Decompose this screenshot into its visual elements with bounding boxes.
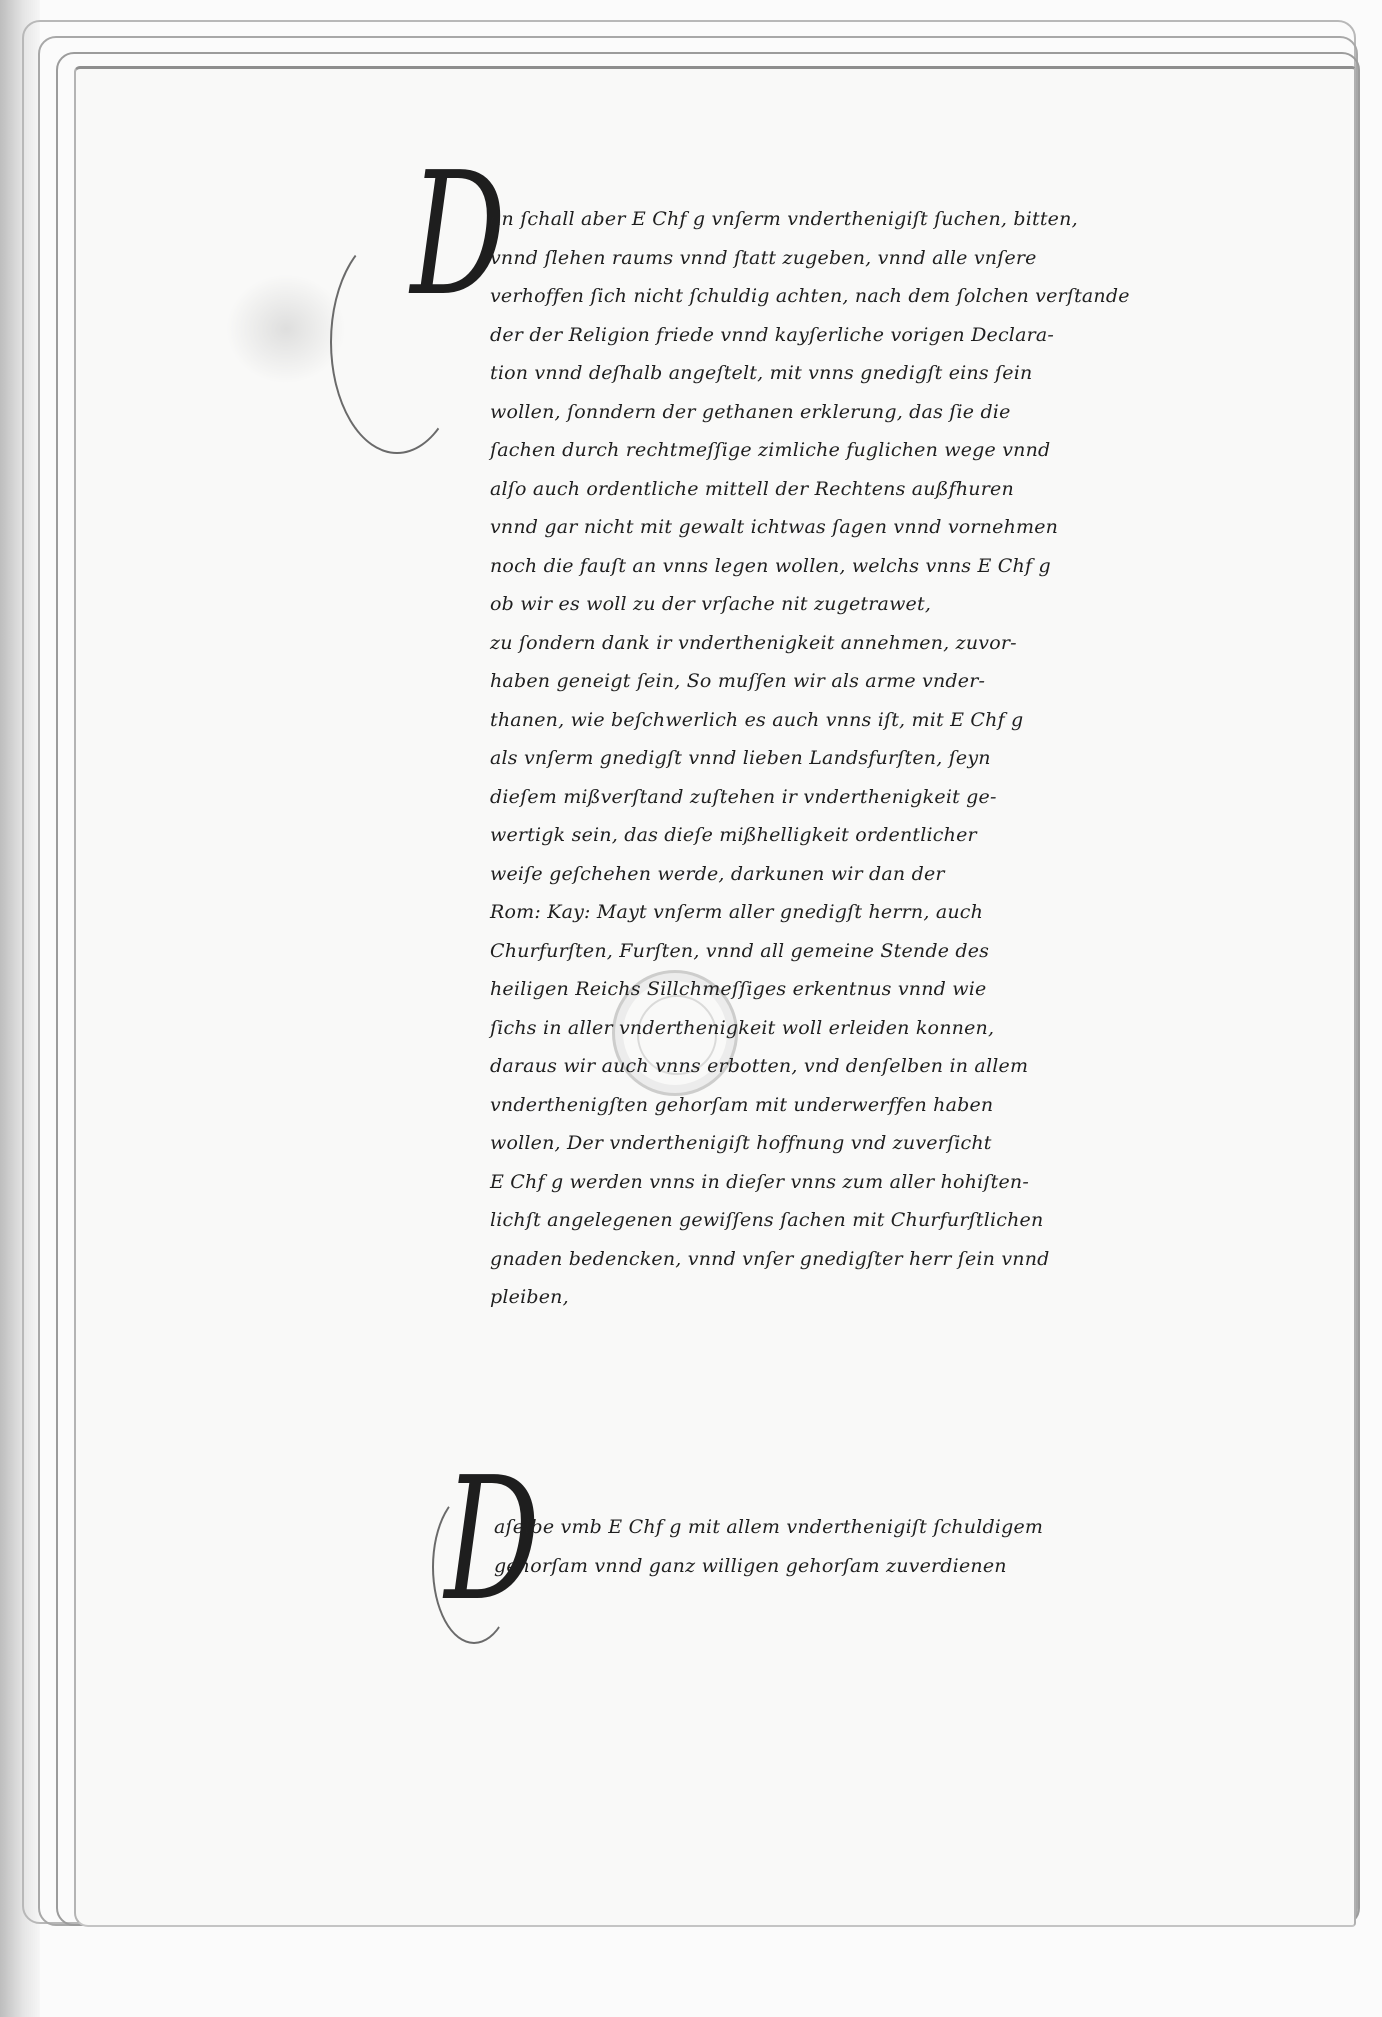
manuscript-line: weiſe geſchehen werde, darkunen wir dan … [490, 855, 1350, 894]
paragraph-1: an ſchall aber E Chf g vnſerm vndertheni… [490, 200, 1350, 1317]
manuscript-line: dieſem mißverſtand zuſtehen ir vnderthen… [490, 778, 1350, 817]
manuscript-line: aſelbe vmb E Chf g mit allem vnderthenig… [494, 1508, 1354, 1547]
manuscript-line: Churfurſten, Furſten, vnnd all gemeine S… [490, 932, 1350, 971]
paragraph-2: aſelbe vmb E Chf g mit allem vnderthenig… [494, 1508, 1354, 1585]
manuscript-line: wollen, Der vnderthenigiſt hoffnung vnd … [490, 1124, 1350, 1163]
manuscript-line: thanen, wie beſchwerlich es auch vnns iſ… [490, 701, 1350, 740]
manuscript-line: vnnd ſlehen raums vnnd ſtatt zugeben, vn… [490, 239, 1350, 278]
manuscript-line: lichſt angelegenen gewiſſens ſachen mit … [490, 1201, 1350, 1240]
manuscript-line: E Chf g werden vnns in dieſer vnns zum a… [490, 1163, 1350, 1202]
manuscript-line: vnderthenigſten gehorſam mit underwerffe… [490, 1086, 1350, 1125]
manuscript-line: noch die fauſt an vnns legen wollen, wel… [490, 547, 1350, 586]
manuscript-line: daraus wir auch vnns erbotten, vnd denſe… [490, 1047, 1350, 1086]
manuscript-line: wertigk sein, das dieſe mißhelligkeit or… [490, 816, 1350, 855]
water-stain [226, 274, 346, 384]
manuscript-line: zu ſondern dank ir vnderthenigkeit anneh… [490, 624, 1350, 663]
manuscript-line: vnnd gar nicht mit gewalt ichtwas ſagen … [490, 508, 1350, 547]
manuscript-line: heiligen Reichs Sillchmeſſiges erkentnus… [490, 970, 1350, 1009]
manuscript-line: Rom: Kay: Mayt vnſerm aller gnedigſt her… [490, 893, 1350, 932]
manuscript-line: ſachen durch rechtmeſſige zimliche fugli… [490, 431, 1350, 470]
manuscript-line: haben geneigt ſein, So muſſen wir als ar… [490, 662, 1350, 701]
manuscript-line: wollen, ſonndern der gethanen erklerung,… [490, 393, 1350, 432]
manuscript-line: als vnſerm gnedigſt vnnd lieben Landsfur… [490, 739, 1350, 778]
manuscript-line: ob wir es woll zu der vrſache nit zugetr… [490, 585, 1350, 624]
manuscript-line: an ſchall aber E Chf g vnſerm vndertheni… [490, 200, 1350, 239]
manuscript-line: alſo auch ordentliche mittell der Rechte… [490, 470, 1350, 509]
manuscript-line: ſichs in aller vnderthenigkeit woll erle… [490, 1009, 1350, 1048]
manuscript-line: pleiben, [490, 1278, 1350, 1317]
manuscript-line: gnaden bedencken, vnnd vnſer gnedigſter … [490, 1240, 1350, 1279]
manuscript-line: der der Religion friede vnnd kayſerliche… [490, 316, 1350, 355]
manuscript-line: tion vnnd deſhalb angeſtelt, mit vnns gn… [490, 354, 1350, 393]
manuscript-line: gehorſam vnnd ganz willigen gehorſam zuv… [494, 1547, 1354, 1586]
manuscript-line: verhoffen ſich nicht ſchuldig achten, na… [490, 277, 1350, 316]
